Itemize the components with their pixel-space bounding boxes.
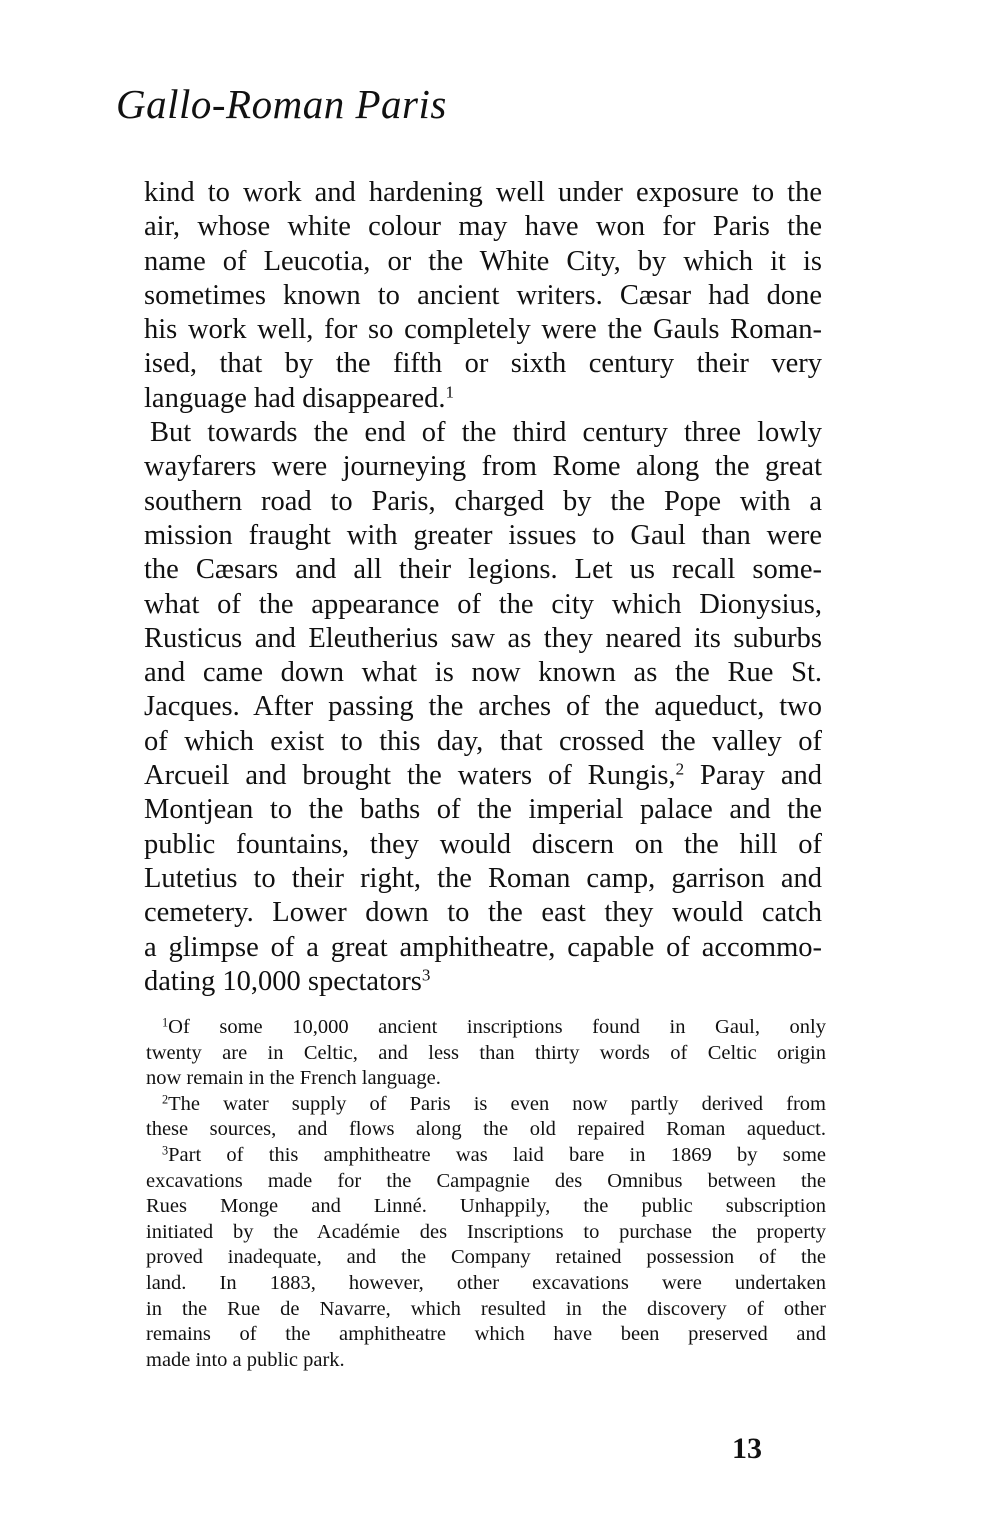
text-line: cemetery. Lower down to the east they wo… [144, 896, 822, 930]
footnote-1: 1Of some 10,000 ancient inscriptions fou… [146, 1015, 826, 1041]
text-fragment: dating 10,000 spectators [144, 966, 422, 997]
text-line: language had disappeared.1 [144, 382, 822, 416]
footnote-reference-3[interactable]: 3 [422, 965, 431, 984]
text-line: public fountains, they would discern on … [144, 828, 822, 862]
footnote-line: these sources, and flows along the old r… [146, 1117, 826, 1143]
text-line: wayfarers were journeying from Rome alon… [144, 450, 822, 484]
text-line: sometimes known to ancient writers. Cæsa… [144, 279, 822, 313]
text-line: of which exist to this day, that crossed… [144, 725, 822, 759]
footnote-reference-2[interactable]: 2 [676, 760, 685, 779]
paragraph-first-line: But towards the end of the third century… [144, 416, 822, 450]
text-fragment: Arcueil and brought the waters of Rungis… [144, 760, 676, 791]
text-line: the Cæsars and all their legions. Let us… [144, 553, 822, 587]
footnote-line: land. In 1883, however, other excavation… [146, 1271, 826, 1297]
text-line: southern road to Paris, charged by the P… [144, 485, 822, 519]
running-head-title: Gallo-Roman Paris [116, 84, 447, 125]
footnote-line: made into a public park. [146, 1348, 826, 1374]
text-line: dating 10,000 spectators3 [144, 965, 822, 999]
book-page: Gallo-Roman Paris kind to work and harde… [0, 0, 1000, 1531]
text-line: and came down what is now known as the R… [144, 656, 822, 690]
text-line: mission fraught with greater issues to G… [144, 519, 822, 553]
footnote-reference-1[interactable]: 1 [446, 382, 455, 401]
footnote-line: twenty are in Celtic, and less than thir… [146, 1041, 826, 1067]
footnote-text: The water supply of Paris is even now pa… [168, 1093, 826, 1115]
footnote-line: in the Rue de Navarre, which resulted in… [146, 1297, 826, 1323]
footnote-3: 3Part of this amphitheatre was laid bare… [146, 1143, 826, 1169]
text-line: Arcueil and brought the waters of Rungis… [144, 759, 822, 793]
text-line: what of the appearance of the city which… [144, 588, 822, 622]
footnote-text: Of some 10,000 ancient inscriptions foun… [168, 1016, 826, 1038]
footnote-line: excavations made for the Campagnie des O… [146, 1169, 826, 1195]
text-line: Montjean to the baths of the imperial pa… [144, 793, 822, 827]
footnote-line: proved inadequate, and the Company retai… [146, 1245, 826, 1271]
text-line: Lutetius to their right, the Roman camp,… [144, 862, 822, 896]
footnote-text: Part of this amphitheatre was laid bare … [168, 1144, 826, 1166]
text-fragment: Paray and [684, 760, 822, 791]
footnote-2: 2The water supply of Paris is even now p… [146, 1092, 826, 1118]
text-line: name of Leucotia, or the White City, by … [144, 245, 822, 279]
footnotes: 1Of some 10,000 ancient inscriptions fou… [146, 1015, 826, 1373]
text-line: air, whose white colour may have won for… [144, 210, 822, 244]
text-line: a glimpse of a great amphitheatre, capab… [144, 931, 822, 965]
footnote-line: initiated by the Académie des Inscriptio… [146, 1220, 826, 1246]
footnote-line: Rues Monge and Linné. Unhappily, the pub… [146, 1194, 826, 1220]
text-line: kind to work and hardening well under ex… [144, 176, 822, 210]
text-line: Rusticus and Eleutherius saw as they nea… [144, 622, 822, 656]
text-line: his work well, for so completely were th… [144, 313, 822, 347]
text-line: Jacques. After passing the arches of the… [144, 690, 822, 724]
main-text: kind to work and hardening well under ex… [144, 176, 822, 999]
footnote-line: remains of the amphitheatre which have b… [146, 1322, 826, 1348]
footnote-line: now remain in the French language. [146, 1066, 826, 1092]
text-line: ised, that by the fifth or sixth century… [144, 347, 822, 381]
page-number: 13 [732, 1434, 762, 1464]
text-fragment: language had disappeared. [144, 383, 446, 414]
